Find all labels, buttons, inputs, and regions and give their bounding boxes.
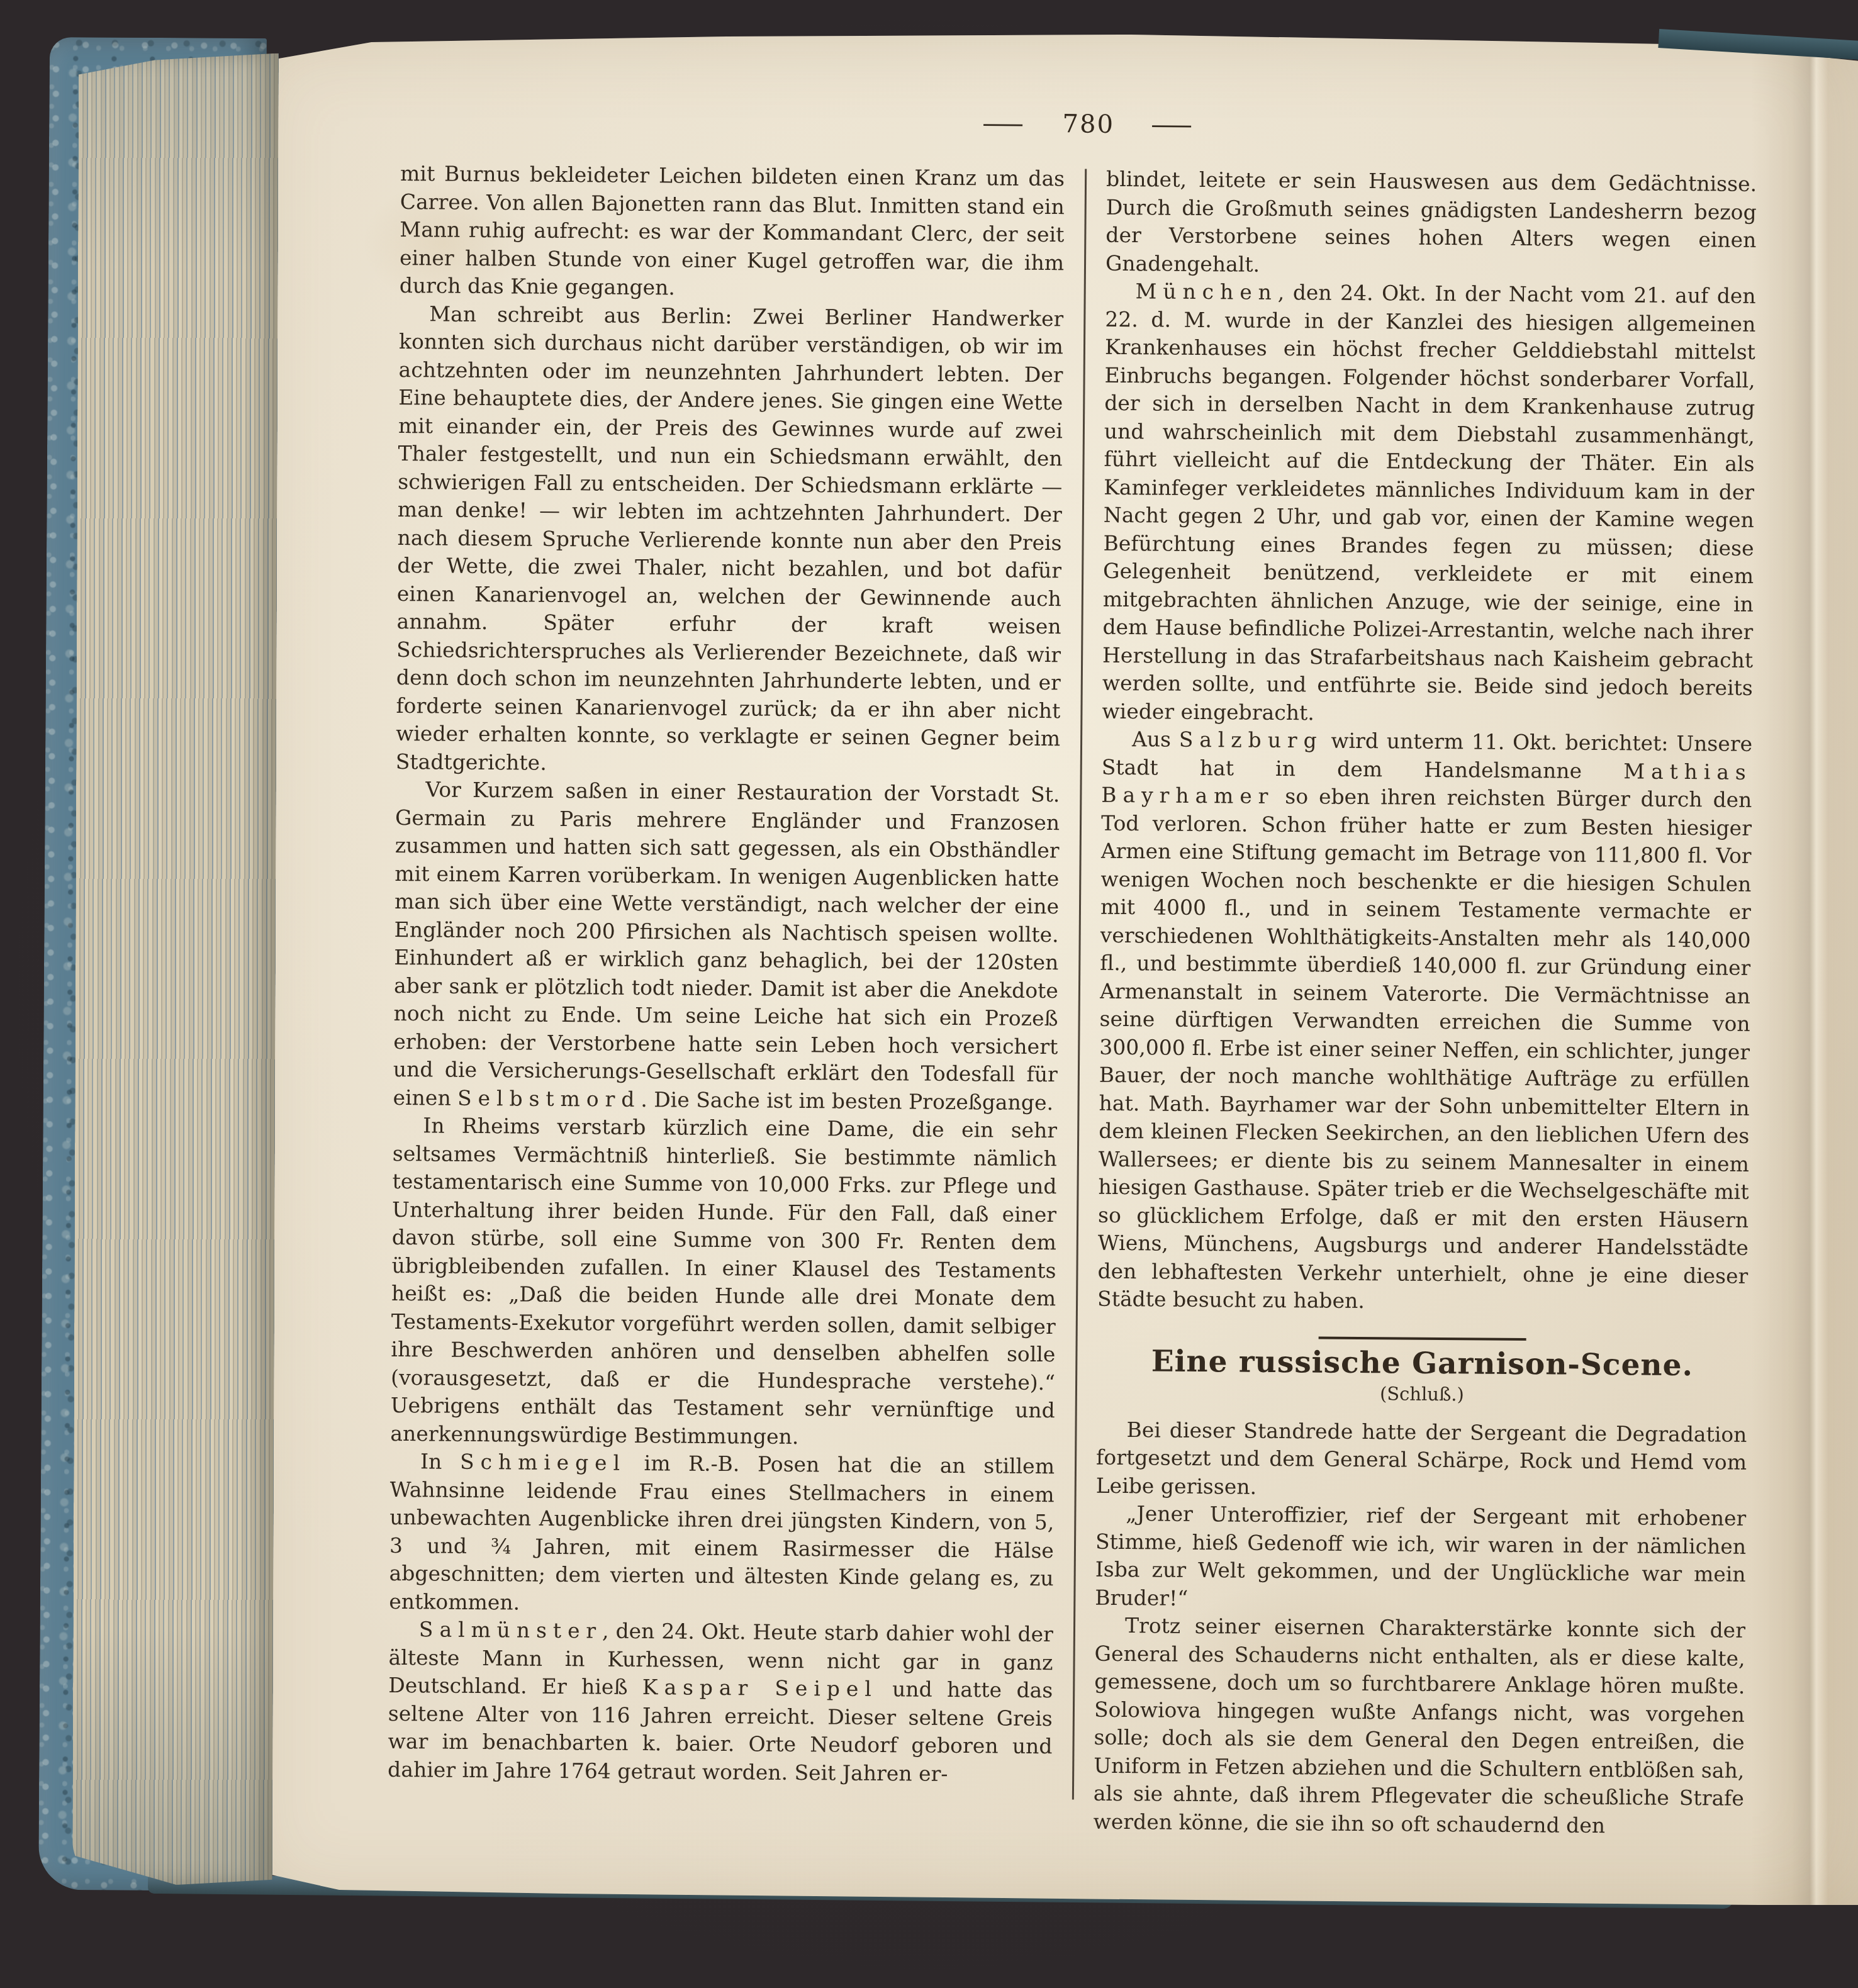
body-text: , den 24. Okt. In der Nacht vom 21. auf … [1102,280,1756,725]
paragraph: München, den 24. Okt. In der Nacht vom 2… [1102,277,1756,730]
emphasized-spaced-text: Schmiegel [460,1449,626,1475]
left-column: mit Burnus bekleideter Leichen bildeten … [387,160,1065,1838]
paragraph: Trotz seiner eisernen Charakterstärke ko… [1093,1612,1745,1841]
body-text: mit Burnus bekleideter Leichen bildeten … [400,161,1065,299]
body-text: Aus [1132,727,1179,752]
body-text: Bei dieser Standrede hatte der Sergeant … [1096,1417,1747,1499]
emphasized-spaced-text: Salzburg [1179,727,1323,753]
body-text: blindet, leitete er sein Hauswesen aus d… [1105,167,1757,276]
body-text: Vor Kurzem saßen in einer Restauration d… [393,777,1060,1110]
paragraph: „Jener Unteroffizier, rief der Sergeant … [1095,1500,1746,1617]
paragraph: Bei dieser Standrede hatte der Sergeant … [1096,1416,1747,1505]
article-title: Eine russische Garnison-Scene. [1097,1347,1747,1380]
scanned-book-spread: — 780 — mit Burnus bekleideter Leichen b… [0,0,1858,1988]
right-column: blindet, leitete er sein Hauswesen aus d… [1093,165,1757,1844]
section-divider-rule [1319,1336,1526,1341]
paragraph: Vor Kurzem saßen in einer Restauration d… [393,776,1060,1117]
column-divider-rule [1072,169,1087,1800]
paragraph: Aus Salzburg wird unterm 11. Okt. berich… [1097,725,1752,1319]
article-body: Bei dieser Standrede hatte der Sergeant … [1093,1416,1747,1841]
body-text: Man schreibt aus Berlin: Zwei Berliner H… [396,301,1064,774]
article-subtitle: (Schluß.) [1097,1378,1747,1411]
right-column-news-items: blindet, leitete er sein Hauswesen aus d… [1097,165,1757,1319]
paragraph: Salmünster, den 24. Okt. Heute starb dah… [388,1616,1053,1789]
header-dash: — [982,109,1027,138]
paragraph: In Schmiegel im R.-B. Posen hat die an s… [389,1448,1055,1621]
two-column-text: mit Burnus bekleideter Leichen bildeten … [387,160,1776,1844]
page-header: — 780 — [401,104,1776,144]
body-text: . Die Sache ist im besten Prozeßgange. [641,1087,1053,1115]
body-text: In [420,1449,460,1473]
page-number: 780 [1062,109,1114,139]
emphasized-spaced-text: Salmünster [419,1617,602,1643]
emphasized-spaced-text: München [1136,279,1278,304]
paragraph: Man schreibt aus Berlin: Zwei Berliner H… [396,299,1064,781]
paragraph: In Rheims verstarb kürzlich eine Dame, d… [390,1112,1057,1453]
emphasized-spaced-text: Selbstmord [457,1085,641,1111]
body-text: In Rheims verstarb kürzlich eine Dame, d… [390,1113,1057,1448]
paragraph: blindet, leitete er sein Hauswesen aus d… [1105,165,1757,282]
printed-content: — 780 — mit Burnus bekleideter Leichen b… [387,104,1776,1844]
body-text: so eben ihren reichsten Bürger durch den… [1097,784,1752,1313]
header-dash: — [1150,110,1195,140]
page: — 780 — mit Burnus bekleideter Leichen b… [242,29,1858,1909]
body-text: im R.-B. Posen hat die an stillem Wahnsi… [389,1451,1055,1614]
emphasized-spaced-text: Kaspar Seipel [642,1675,878,1701]
body-text: Trotz seiner eisernen Charakterstärke ko… [1093,1613,1745,1838]
paragraph: mit Burnus bekleideter Leichen bildeten … [400,160,1065,305]
stacked-page-edges [72,52,279,1885]
body-text: „Jener Unteroffizier, rief der Sergeant … [1095,1501,1746,1610]
